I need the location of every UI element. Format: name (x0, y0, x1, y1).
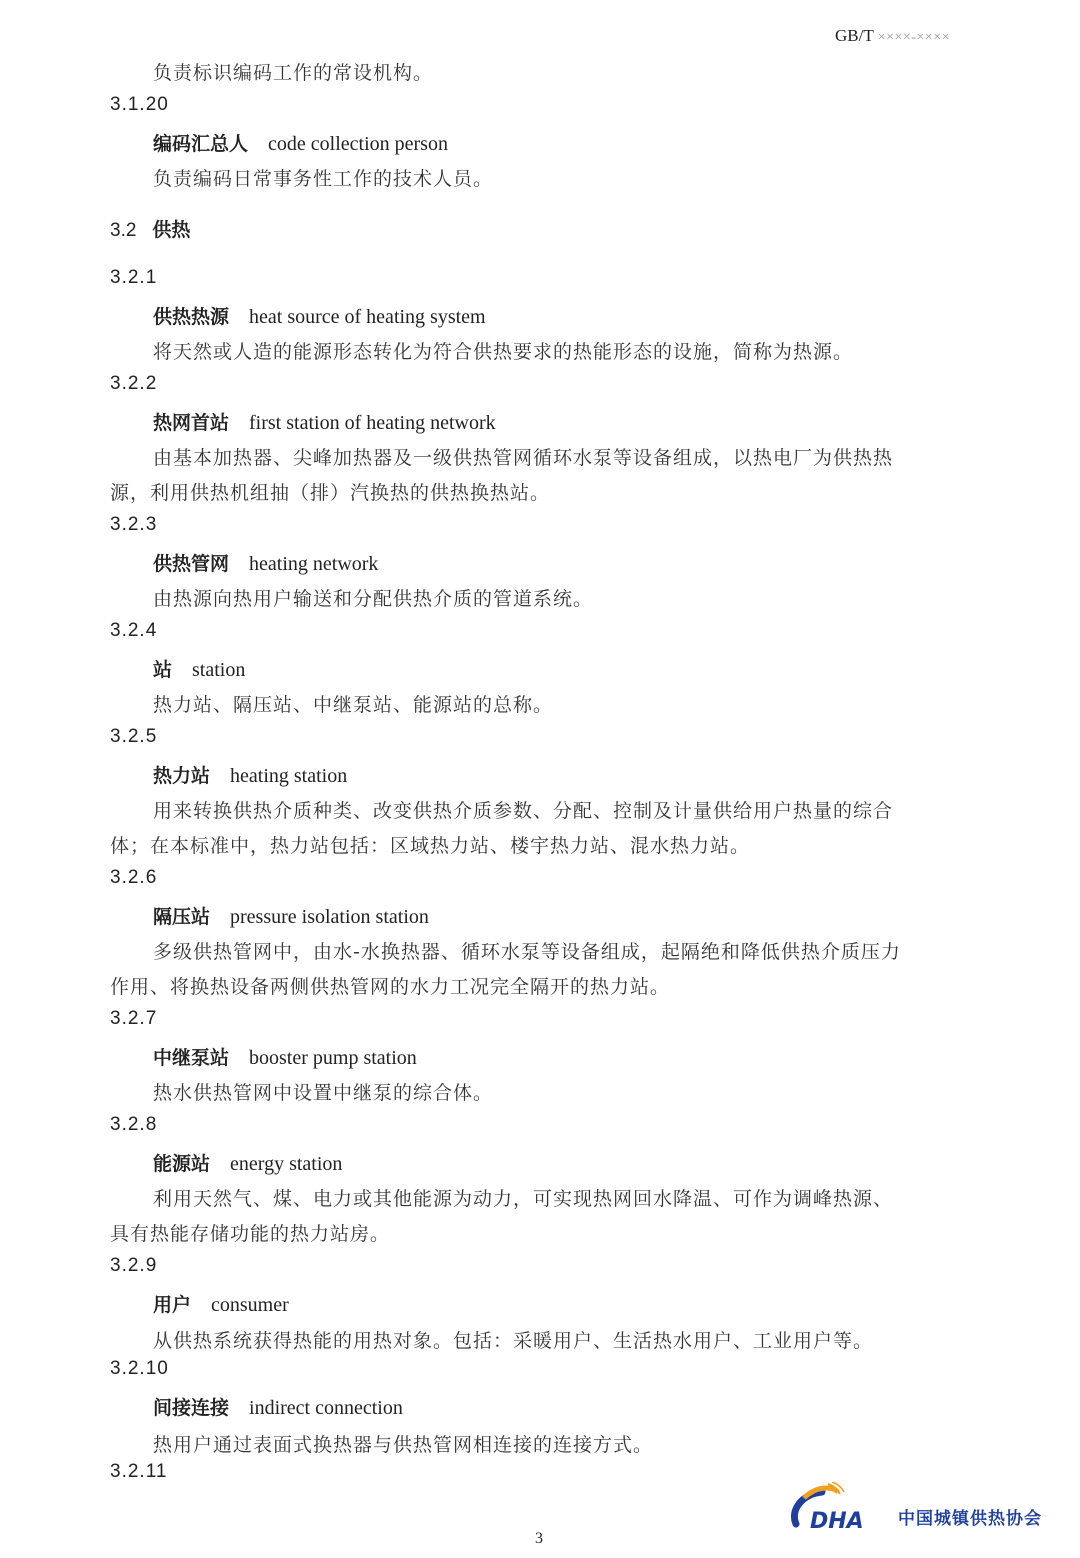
section-number: 3.2 (110, 220, 136, 241)
cdha-logo: DHA 中国城镇供热协会 (788, 1482, 1058, 1538)
term-zh: 中继泵站 (153, 1047, 229, 1069)
term-zh: 间接连接 (153, 1397, 229, 1419)
definition-text: 热力站、隔压站、中继泵站、能源站的总称。 (153, 690, 553, 717)
definition-text: 负责编码日常事务性工作的技术人员。 (153, 164, 493, 191)
definition-text: 从供热系统获得热能的用热对象。包括：采暖用户、生活热水用户、工业用户等。 (153, 1326, 873, 1353)
clause-number: 3.2.7 (110, 1008, 157, 1030)
term-en: indirect connection (249, 1397, 403, 1419)
clause-number: 3.2.6 (110, 867, 157, 889)
term-zh: 供热管网 (153, 553, 229, 575)
term-line: 供热管网heating network (153, 549, 378, 576)
clause-number: 3.2.8 (110, 1114, 157, 1136)
clause-number: 3.2.1 (110, 267, 157, 289)
term-zh: 热力站 (153, 765, 210, 787)
term-line: 供热热源heat source of heating system (153, 302, 486, 329)
term-en: heating network (249, 553, 378, 575)
clause-number: 3.1.20 (110, 94, 169, 116)
standard-code-header: GB/T ××××-×××× (835, 26, 950, 46)
term-zh: 用户 (153, 1294, 191, 1316)
clause-number: 3.2.3 (110, 514, 157, 536)
clause-number: 3.2.2 (110, 373, 157, 395)
clause-number: 3.2.10 (110, 1358, 169, 1380)
term-zh: 热网首站 (153, 412, 229, 434)
term-en: pressure isolation station (230, 906, 429, 928)
definition-text: 利用天然气、煤、电力或其他能源为动力，可实现热网回水降温、可作为调峰热源、 (153, 1184, 893, 1211)
standard-prefix: GB/T (835, 26, 873, 45)
term-zh: 站 (153, 659, 172, 681)
term-zh: 供热热源 (153, 306, 229, 328)
section-title: 供热 (152, 219, 190, 241)
clause-number: 3.2.5 (110, 726, 157, 748)
definition-text: 将天然或人造的能源形态转化为符合供热要求的热能形态的设施，简称为热源。 (153, 337, 853, 364)
definition-text: 负责标识编码工作的常设机构。 (153, 58, 433, 85)
term-line: 能源站energy station (153, 1149, 342, 1176)
definition-text: 热水供热管网中设置中继泵的综合体。 (153, 1078, 493, 1105)
clause-number: 3.2.4 (110, 620, 157, 642)
term-line: 用户consumer (153, 1290, 289, 1317)
standard-number-mask: ××××-×××× (878, 30, 950, 45)
term-zh: 能源站 (153, 1153, 210, 1175)
term-en: energy station (230, 1153, 342, 1175)
definition-text: 用来转换供热介质种类、改变供热介质参数、分配、控制及计量供给用户热量的综合 (153, 796, 893, 823)
definition-text: 热用户通过表面式换热器与供热管网相连接的连接方式。 (153, 1430, 653, 1457)
section-heading: 3.2供热 (110, 215, 190, 242)
clause-number: 3.2.11 (110, 1461, 167, 1483)
term-line: 热网首站first station of heating network (153, 408, 496, 435)
term-line: 站station (153, 655, 245, 682)
term-line: 热力站heating station (153, 761, 347, 788)
term-en: first station of heating network (249, 412, 496, 434)
term-line: 编码汇总人code collection person (153, 129, 448, 156)
term-en: booster pump station (249, 1047, 417, 1069)
term-en: heat source of heating system (249, 306, 486, 328)
logo-mark-icon: DHA (788, 1482, 888, 1538)
definition-text-cont: 体；在本标准中，热力站包括：区域热力站、楼宇热力站、混水热力站。 (110, 831, 750, 858)
clause-number: 3.2.9 (110, 1255, 157, 1277)
definition-text-cont: 作用、将换热设备两侧供热管网的水力工况完全隔开的热力站。 (110, 972, 670, 999)
term-line: 隔压站pressure isolation station (153, 902, 429, 929)
definition-text-cont: 具有热能存储功能的热力站房。 (110, 1219, 390, 1246)
term-en: station (192, 659, 245, 681)
svg-text:DHA: DHA (810, 1509, 864, 1534)
term-zh: 隔压站 (153, 906, 210, 928)
term-en: consumer (211, 1294, 289, 1316)
definition-text-cont: 源，利用供热机组抽（排）汽换热的供热换热站。 (110, 478, 550, 505)
org-name: 中国城镇供热协会 (898, 1504, 1042, 1529)
definition-text: 多级供热管网中，由水-水换热器、循环水泵等设备组成，起隔绝和降低供热介质压力 (153, 937, 901, 964)
term-line: 间接连接indirect connection (153, 1393, 403, 1420)
term-zh: 编码汇总人 (153, 133, 248, 155)
definition-text: 由基本加热器、尖峰加热器及一级供热管网循环水泵等设备组成，以热电厂为供热热 (153, 443, 893, 470)
definition-text: 由热源向热用户输送和分配供热介质的管道系统。 (153, 584, 593, 611)
term-line: 中继泵站booster pump station (153, 1043, 417, 1070)
page-number: 3 (535, 1530, 543, 1548)
term-en: code collection person (268, 133, 448, 155)
term-en: heating station (230, 765, 347, 787)
